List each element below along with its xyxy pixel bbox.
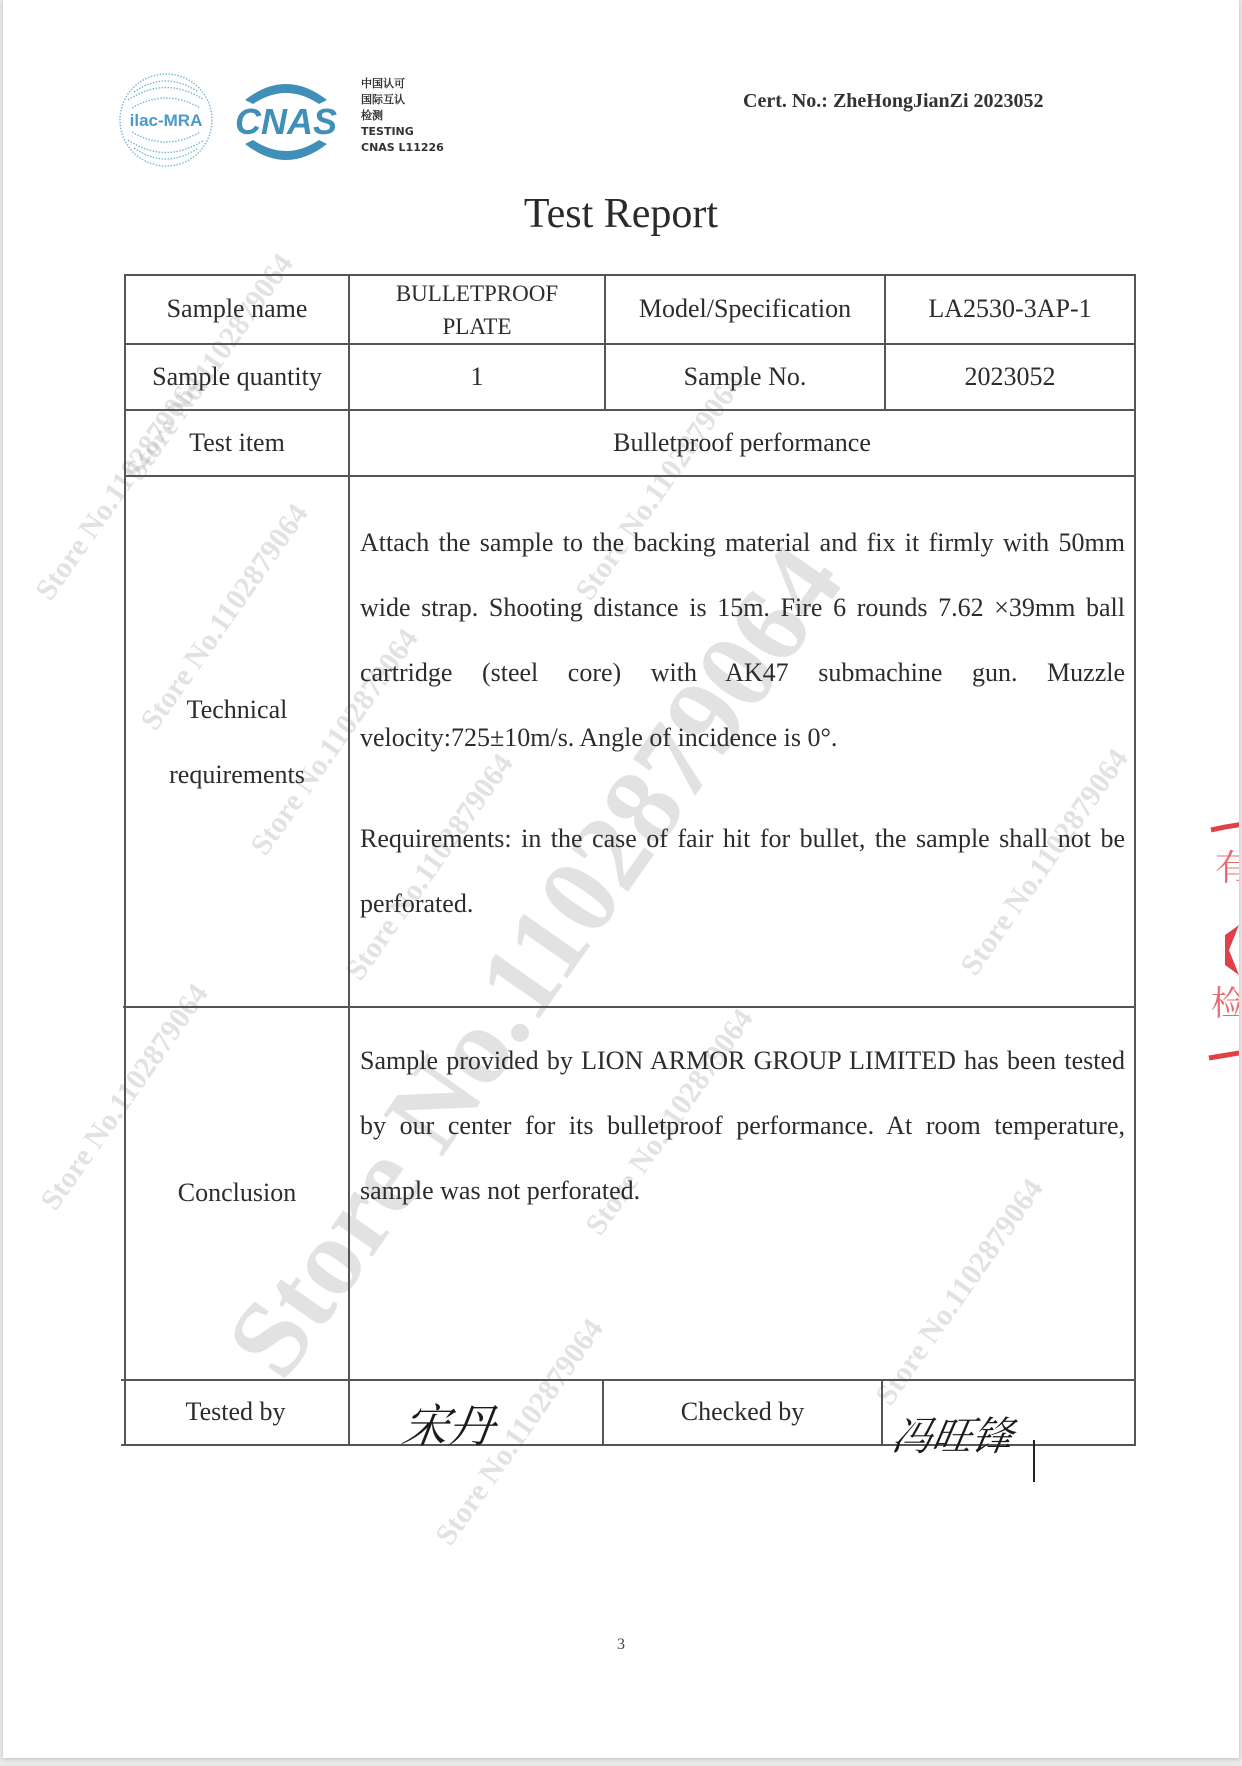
checked-by-signature: 冯旺锋 <box>888 1405 1018 1462</box>
sample-no-value: 2023052 <box>886 345 1134 409</box>
sample-name-label: Sample name <box>126 276 348 343</box>
sample-name-line: PLATE <box>443 310 512 343</box>
test-item-value: Bulletproof performance <box>350 411 1134 475</box>
model-spec-label: Model/Specification <box>606 276 884 343</box>
tested-by-label: Tested by <box>123 1381 348 1444</box>
table-rule <box>881 1379 883 1446</box>
sample-quantity-label: Sample quantity <box>126 345 348 409</box>
table-rule <box>1134 274 1136 1446</box>
technical-requirements-label: Technical requirements <box>126 477 348 1006</box>
sample-name-value: BULLETPROOF PLATE <box>350 276 604 343</box>
sample-name-line: BULLETPROOF <box>396 277 558 310</box>
signature-tail <box>1033 1440 1035 1482</box>
sample-quantity-value: 1 <box>350 345 604 409</box>
document-page: Store No.1102879064 Store No.1102879064 … <box>3 0 1239 1758</box>
technical-label-line: Technical <box>187 677 288 742</box>
conclusion-text: Sample provided by LION ARMOR GROUP LIMI… <box>360 1028 1125 1223</box>
technical-requirements-text: Attach the sample to the backing materia… <box>360 510 1125 770</box>
conclusion-label: Conclusion <box>126 1008 348 1379</box>
tested-by-signature: 宋丹 <box>398 1390 499 1456</box>
sample-no-label: Sample No. <box>606 345 884 409</box>
report-table: Sample name BULLETPROOF PLATE Model/Spec… <box>3 0 1239 1758</box>
technical-label-line: requirements <box>169 742 305 807</box>
test-item-label: Test item <box>126 411 348 475</box>
model-spec-value: LA2530-3AP-1 <box>886 276 1134 343</box>
requirements-text: Requirements: in the case of fair hit fo… <box>360 806 1125 936</box>
checked-by-label: Checked by <box>604 1381 881 1444</box>
page-number: 3 <box>3 1636 1239 1654</box>
